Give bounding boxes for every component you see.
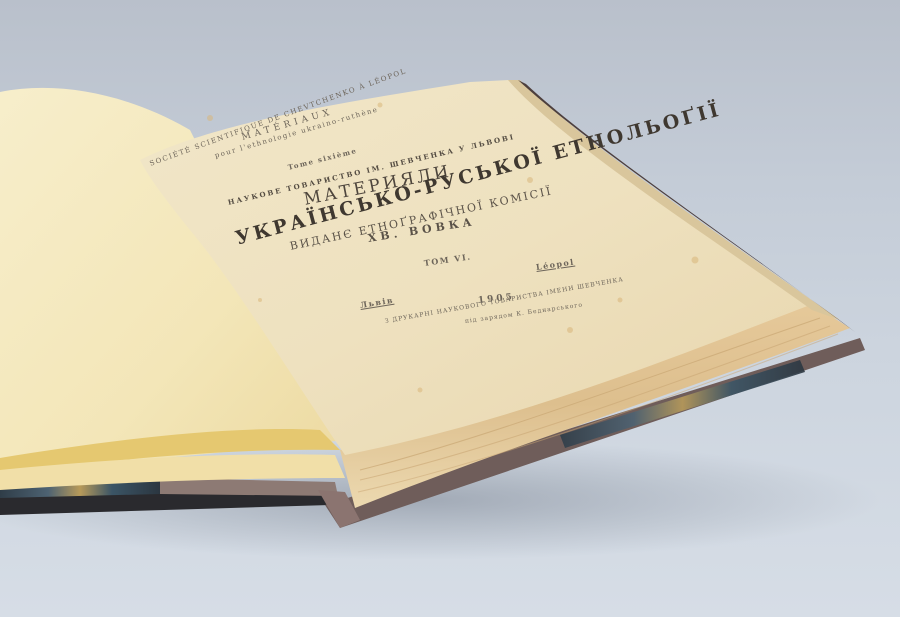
book-photo: SOCIÉTÉ SCIENTIFIQUE DE CHEVTCHENKO À LÉ… [0,0,900,617]
book-illustration [0,0,900,617]
